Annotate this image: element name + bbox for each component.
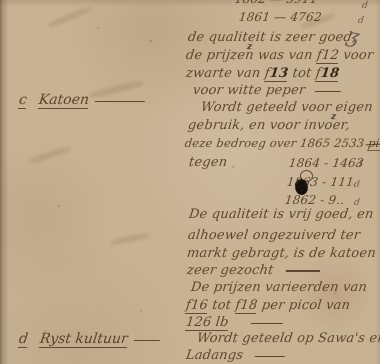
bleed-through-mark [28,145,72,164]
figure-value: 1862 — 5911 [234,0,319,6]
rule-dash [255,354,285,357]
price-figure-pencil: 18 [320,66,340,82]
price-figure: f16 [185,298,209,314]
text: per picol van [257,298,351,313]
rule-dash [250,321,282,324]
text: de qualiteit is zeer goed, [187,30,357,45]
margin-dash [95,99,145,102]
figure-value: 1864 - 1463 [288,156,365,170]
figure-value: 1862 - 9.. [284,193,345,207]
margin-note-katoen: cKatoen [18,92,146,108]
text: markt gebragt, is de katoen [186,246,377,261]
text-line: De prijzen varieerden van [190,281,368,295]
margin-note-ryst: dRyst kultuur [18,331,161,347]
text-line: zeer gezocht [186,264,320,278]
text-line: Wordt geteeld voor eigen [200,101,374,115]
figure-value: 1861 — 4762 [238,10,323,24]
text-line: Wordt geteeld op Sawa's en [196,332,380,346]
text-line: alhoewel ongezuiverd ter [187,229,361,243]
pencil-tick: d [355,160,362,170]
text-line: f16 tot f18 per picol van [185,299,351,313]
figure-line: 1862 — 5911 [234,0,319,6]
text: voor [338,48,374,63]
text: De qualiteit is vrij goed, en [188,207,374,222]
pencil-insert-mark: z [330,112,336,122]
margin-dash [134,338,160,341]
text-line: zwarte van f13 tot f18 [185,67,340,81]
text-line: markt gebragt, is de katoen [186,247,377,261]
text-line: tegen [188,156,228,170]
text: alhoewel ongezuiverd ter [187,228,361,243]
text: Wordt geteeld op Sawa's en [196,331,380,346]
bleed-through-mark [110,232,150,246]
margin-index-d: d [18,331,29,348]
text: gebruik, en voor invoer, [187,118,351,133]
margin-index-c: c [18,92,28,109]
rule-dash [315,89,341,92]
text-line: gebruik, en voor invoer, [187,119,351,133]
figure-line: 1862 - 9.. [284,194,345,207]
text-line: de prijzen was van f12 voor [185,49,374,63]
figure-line: 1864 - 1463 [288,157,365,170]
text: zeer gezocht [186,263,274,278]
text: zwarte van [185,66,266,81]
text-line: 126 lb [185,316,283,330]
rule-dash [285,268,319,272]
paper-specks [0,0,2,2]
pencil-tick: d [353,180,360,190]
struck-word: picols [367,136,380,151]
text-line: de qualiteit is zeer goed, [187,31,357,45]
text: Ladangs [185,348,244,363]
text: tot [287,66,316,81]
text-line: Ladangs [185,349,286,363]
margin-title-katoen: Katoen [38,92,90,109]
text: tegen [188,155,228,170]
bleed-through-mark [47,5,94,29]
text-line: De qualiteit is vrij goed, en [188,208,374,222]
ink-blot [295,179,308,195]
text: Wordt geteeld voor eigen [200,100,374,115]
figure-line: 1861 — 4762 [238,11,323,24]
price-figure: 126 lb [185,315,230,331]
text-line: voor witte peper [192,84,342,98]
text: voor witte peper [192,83,306,98]
text: deze bedroeg over 1865 2533 [184,136,369,150]
pencil-tick: d [361,1,368,11]
price-figure: f18 [234,298,258,314]
text-line: deze bedroeg over 1865 2533 picols [184,137,380,150]
pencil-insert-mark: z [246,42,252,52]
text: De prijzen varieerden van [190,280,368,295]
margin-title-ryst: Ryst kultuur [39,331,129,348]
text: tot [207,298,236,313]
price-figure: f12 [316,48,340,64]
manuscript-page: cKatoen dRyst kultuur 1862 — 5911 1861 —… [0,0,380,364]
